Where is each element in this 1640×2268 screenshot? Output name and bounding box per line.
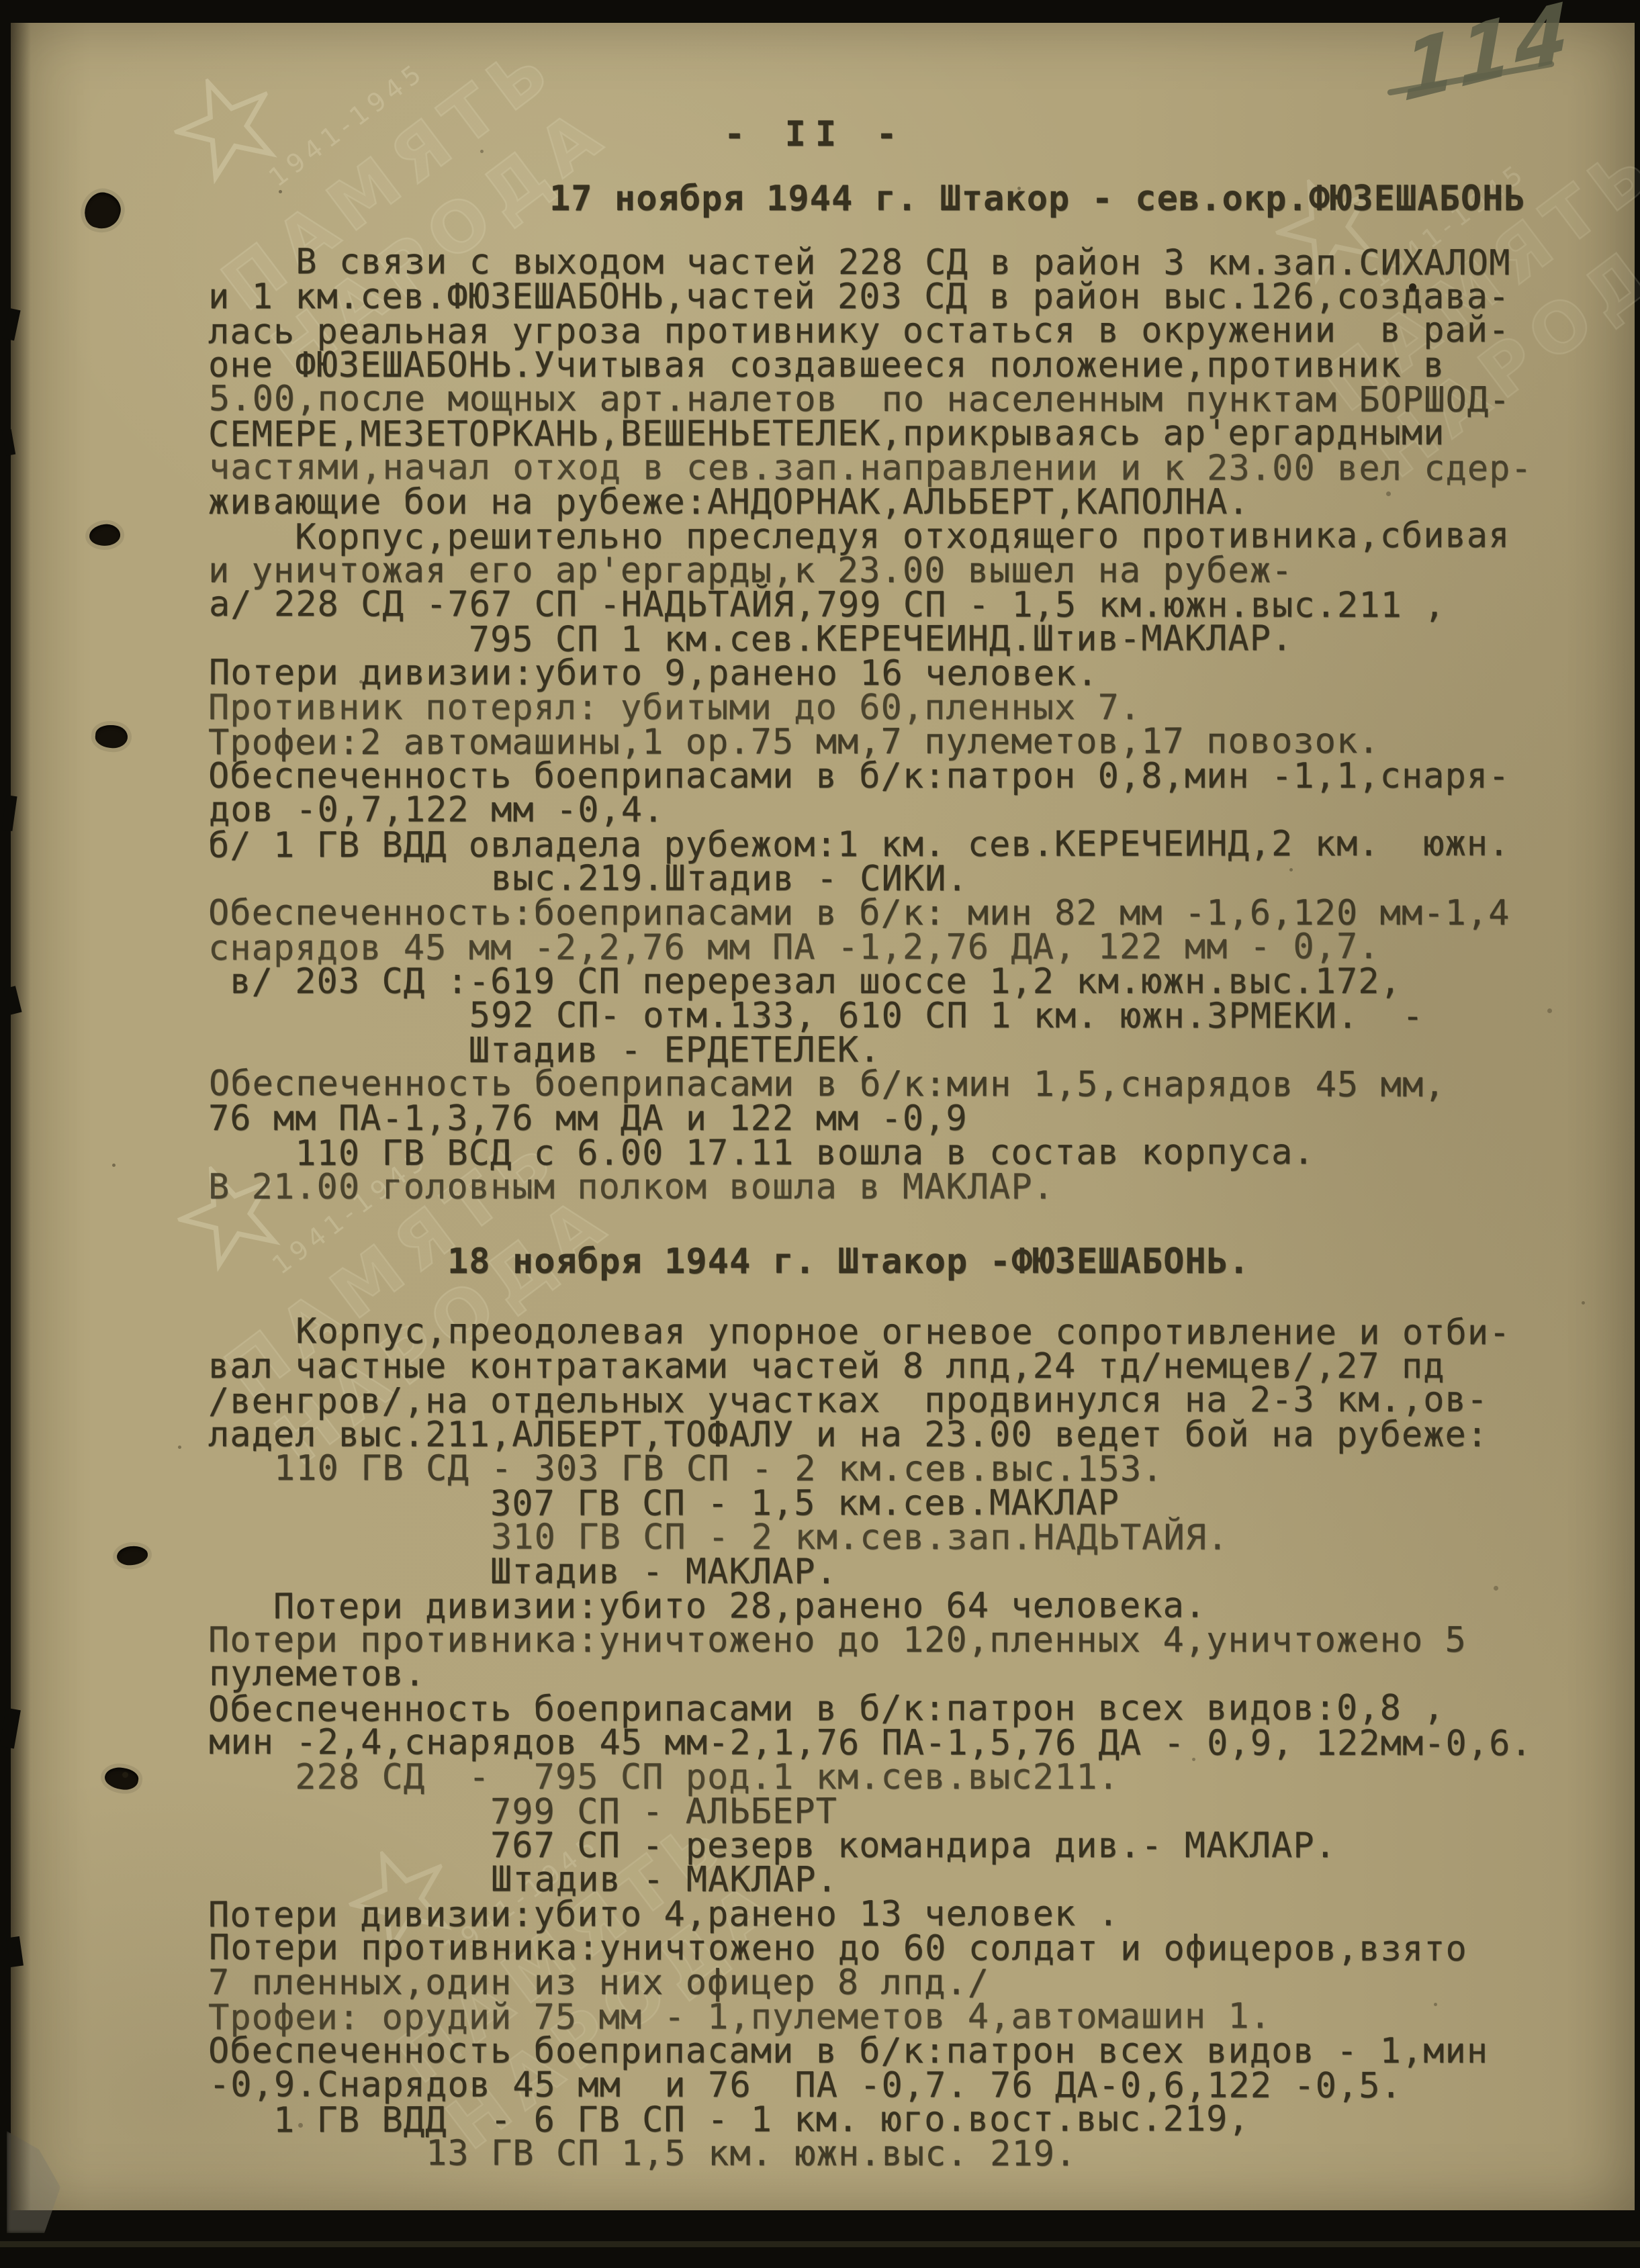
punch-hole	[81, 188, 125, 233]
ink-speck	[122, 1772, 128, 1778]
section-heading-18-november: 18 ноября 1944 г. Штакор -ФЮЗЕШАБОНЬ.	[447, 1241, 1250, 1282]
typed-line: Противник потерял: убитыми до 60,пленных…	[208, 691, 1532, 725]
scanned-document: 1941-1945 ПАМЯТЬ НАРОДА 1941-1945 ПАМЯТЬ…	[0, 0, 1640, 2268]
typed-line: 76 мм ПА-1,3,76 мм ДА и 122 мм -0,9	[208, 1102, 1532, 1136]
typed-line: и 1 км.сев.ФЮЗЕШАБОНЬ,частей 203 СД в ра…	[208, 280, 1532, 314]
typed-line: Обеспеченность боеприпасами в б/к:мин 1,…	[209, 1067, 1533, 1102]
typed-line: Обеспеченность боеприпасами в б/к:патрон…	[208, 2034, 1532, 2069]
section-heading-17-november: 17 ноября 1944 г. Штакор - сев.окр.ФЮЗЕШ…	[549, 179, 1526, 219]
ink-speck	[1409, 283, 1416, 291]
punch-hole	[94, 724, 128, 750]
star-watermark-icon	[161, 59, 293, 191]
typed-page-number: - II -	[724, 114, 907, 154]
typed-line: 13 ГВ СП 1,5 км. южн.выс. 219.	[209, 2136, 1533, 2172]
typed-line: ладел выс.211,АЛБЕРТ,ТОФАЛУ и на 23.00 в…	[208, 1418, 1532, 1452]
typed-line: Потери противника:уничтожено до 120,плен…	[208, 1623, 1532, 1658]
typed-line: в/ 203 СД :-619 СП перерезал шоссе 1,2 к…	[208, 965, 1532, 999]
typed-line: Корпус,решительно преследуя отходящего п…	[208, 519, 1532, 555]
typed-line: Корпус,преодолевая упорное огневое сопро…	[209, 1315, 1533, 1350]
typed-line: Обеспеченность боеприпасами в б/к:патрон…	[208, 759, 1532, 794]
typed-line: В связи с выходом частей 228 СД в район …	[209, 245, 1533, 281]
typed-line: 110 ГВ СД - 303 ГВ СП - 2 км.сев.выс.153…	[209, 1452, 1533, 1487]
punch-hole	[103, 1766, 140, 1792]
punch-hole	[116, 1545, 148, 1566]
typed-line: Штадив - МАКЛАР.	[208, 1555, 1532, 1589]
typed-line: Штадив - МАКЛАР.	[209, 1862, 1533, 1898]
typed-line: частями,начал отход в сев.зап.направлени…	[209, 451, 1533, 486]
typed-line: живающие бои на рубеже:АНДОРНАК,АЛЬБЕРТ,…	[208, 485, 1532, 520]
typed-line: лась реальная угроза противнику остаться…	[208, 314, 1532, 350]
section-body-18-november: Корпус,преодолевая упорное огневое сопро…	[208, 1315, 1532, 2171]
typed-line: мин -2,4,снарядов 45 мм-2,1,76 ПА-1,5,76…	[209, 1726, 1533, 1761]
typed-line: Трофеи: орудий 75 мм - 1,пулеметов 4,авт…	[208, 1999, 1532, 2036]
typed-line: 767 СП - резерв командира див.- МАКЛАР.	[208, 1829, 1532, 1863]
typed-line: Потери дивизии:убито 9,ранено 16 человек…	[209, 656, 1533, 692]
typed-line: Трофеи:2 автомашины,1 ор.75 мм,7 пулемет…	[208, 724, 1532, 761]
typed-line: выс.219.Штадив - СИКИ.	[209, 861, 1533, 897]
typed-line: оне ФЮЗЕШАБОНЬ.Учитывая создавшееся поло…	[208, 348, 1532, 383]
typed-line: 592 СП- отм.133, 610 СП 1 км. южн.ЗРМЕКИ…	[209, 998, 1533, 1034]
typed-line: а/ 228 СД -767 СП -НАДЬТАЙЯ,799 СП - 1,5…	[209, 587, 1533, 623]
typed-line: снарядов 45 мм -2,2,76 мм ПА -1,2,76 ДА,…	[208, 930, 1532, 966]
left-edge-shadow	[11, 23, 31, 2210]
typed-line: Потери противника:уничтожено до 60 солда…	[209, 1931, 1533, 1967]
typed-line: 310 ГВ СП - 2 км.сев.зап.НАДЬТАЙЯ.	[209, 1520, 1533, 1556]
punch-hole	[88, 522, 122, 547]
typed-line: В 21.00 головным полком вошла в МАКЛАР.	[208, 1170, 1532, 1204]
document-page: 1941-1945 ПАМЯТЬ НАРОДА 1941-1945 ПАМЯТЬ…	[11, 23, 1635, 2210]
typed-line: Потери дивизии:убито 28,ранено 64 челове…	[208, 1589, 1532, 1625]
typed-line: 799 СП - АЛЬБЕРТ	[208, 1794, 1532, 1830]
typed-line: 228 СД - 795 СП род.1 км.сев.выс211.	[208, 1760, 1532, 1795]
typed-line: -0,9.Снарядов 45 мм и 76 ПА -0,7. 76 ДА-…	[209, 2068, 1533, 2104]
scan-bottom-edge	[0, 2241, 1640, 2247]
typed-line: 7 пленных,один из них офицер 8 лпд./	[208, 1966, 1532, 2000]
typed-line: 110 ГВ ВСД с 6.00 17.11 вошла в состав к…	[208, 1135, 1532, 1172]
typed-line: /венгров/,на отдельных участках продвину…	[208, 1383, 1532, 1419]
typed-line: Обеспеченность:боеприпасами в б/к: мин 8…	[208, 896, 1532, 931]
watermark-years: 1941-1945	[263, 0, 518, 193]
typed-line: вал частные контратаками частей 8 лпд,24…	[208, 1350, 1532, 1384]
section-body-17-november: В связи с выходом частей 228 СД в район …	[208, 246, 1532, 1204]
typed-line: и уничтожая его ар'ергарды,к 23.00 вышел…	[208, 554, 1532, 588]
